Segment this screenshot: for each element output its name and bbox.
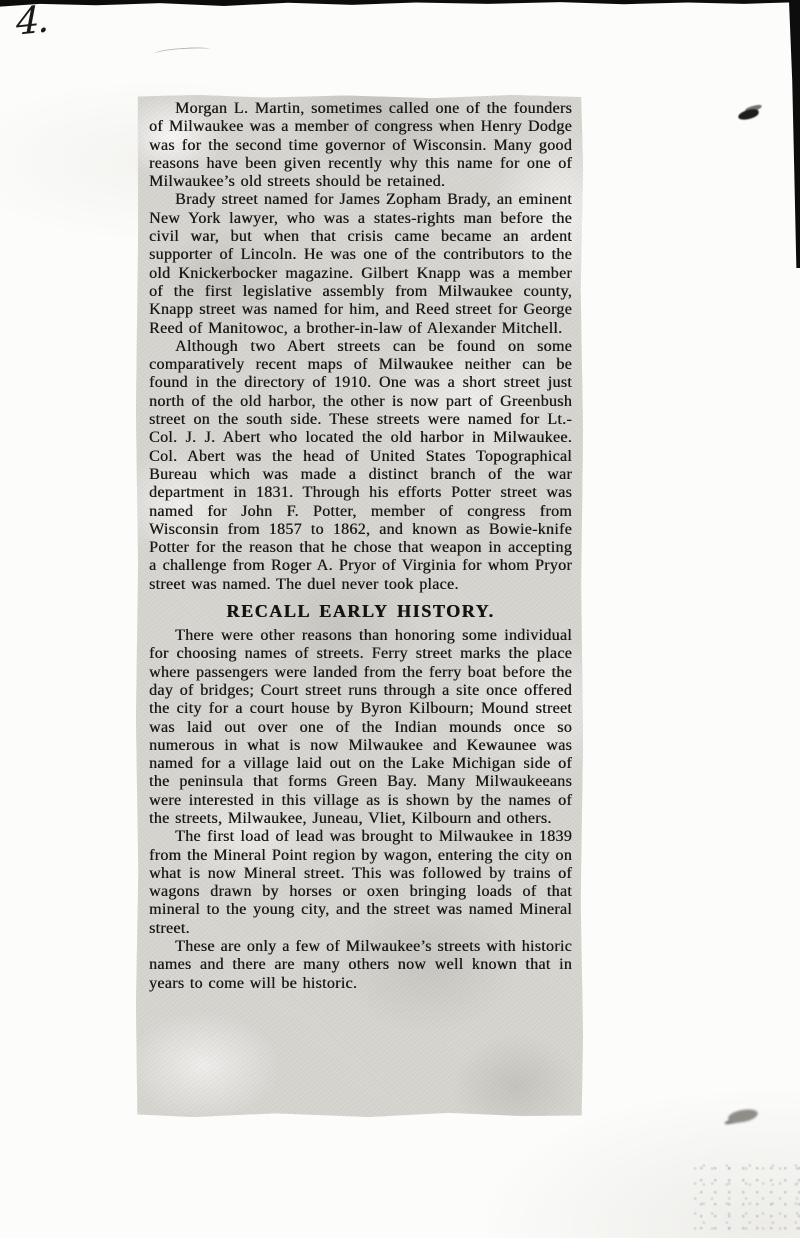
article-paragraph: There were other reasons than honoring s… (149, 627, 572, 828)
scan-right-edge-artifact (787, 0, 800, 268)
article-paragraph: Brady street named for James Zopham Brad… (149, 191, 572, 337)
scan-noise (690, 1158, 800, 1238)
article-paragraph: Although two Abert streets can be found … (149, 338, 572, 594)
article-paragraph: The first load of lead was brought to Mi… (149, 828, 572, 938)
ink-smudge-icon (727, 1108, 758, 1124)
article-body: Morgan L. Martin, sometimes called one o… (136, 95, 583, 1003)
article-paragraph: Morgan L. Martin, sometimes called one o… (149, 100, 572, 191)
article-heading: RECALL EARLY HISTORY. (149, 601, 572, 622)
handwritten-page-number: 4. (16, 0, 47, 40)
scanned-page: 4. Morgan L. Martin, sometimes called on… (0, 0, 800, 1238)
article-paragraph: These are only a few of Milwaukee’s stre… (149, 938, 572, 993)
pencil-mark (155, 46, 210, 57)
ink-smudge-icon (737, 108, 759, 121)
scan-top-edge-artifact (0, 0, 800, 7)
newspaper-clipping: Morgan L. Martin, sometimes called one o… (136, 95, 583, 1117)
